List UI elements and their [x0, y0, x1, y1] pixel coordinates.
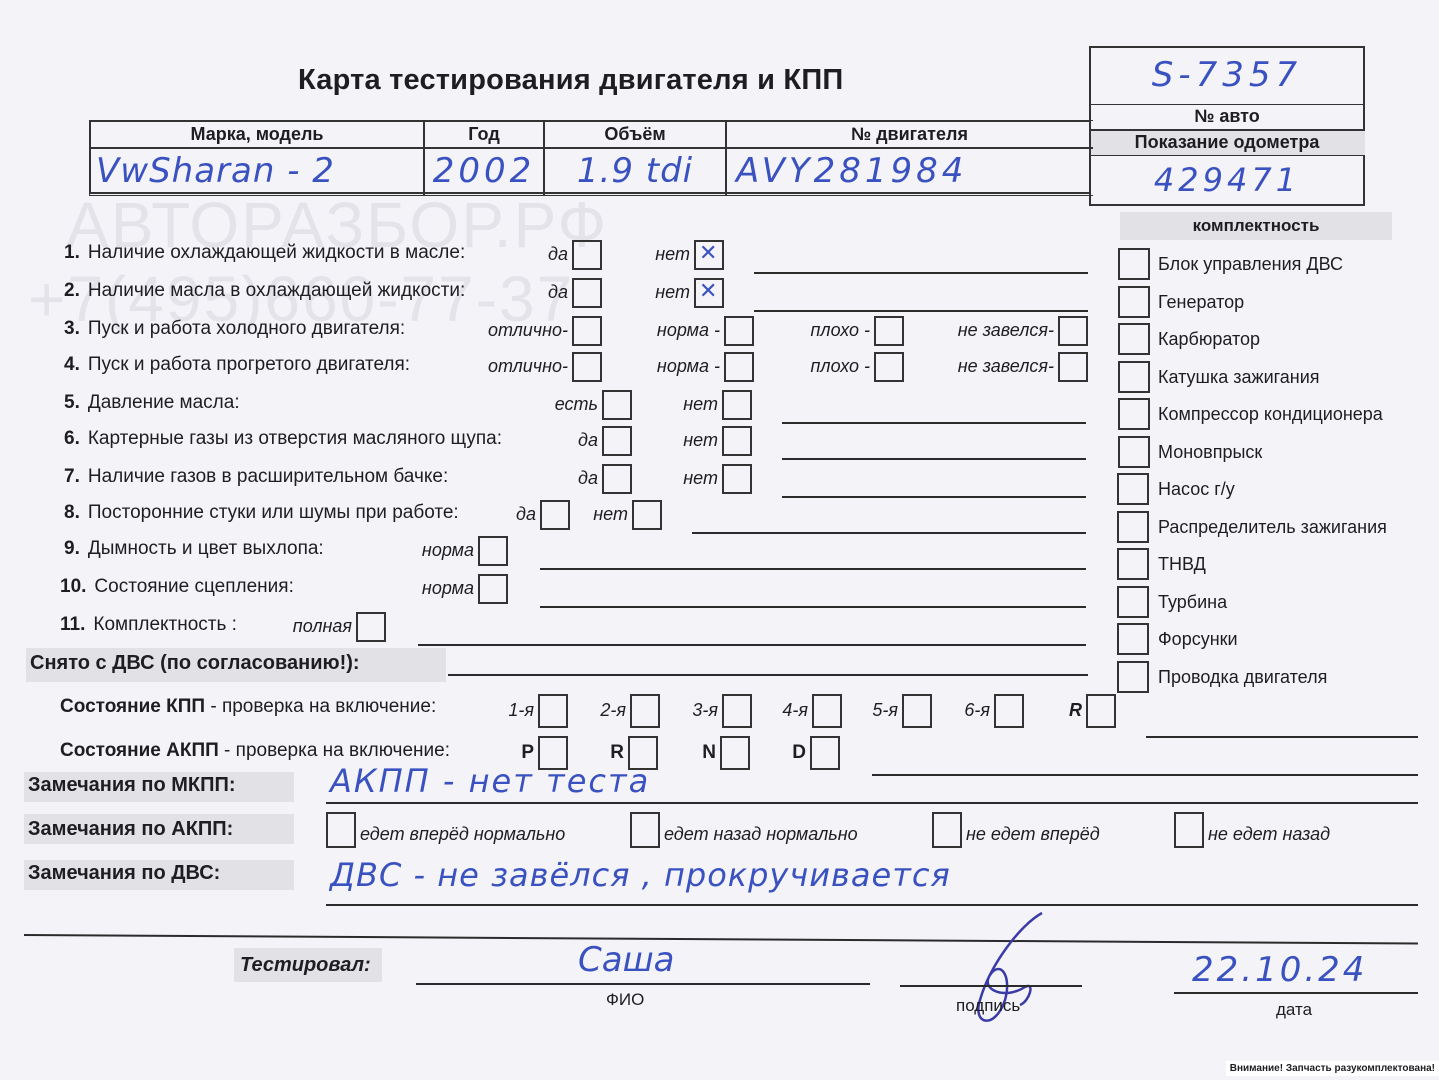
gear-checkbox[interactable] [630, 694, 660, 728]
kit-checkbox[interactable] [1117, 548, 1149, 580]
check-question: 10.Состояние сцепления: [60, 576, 294, 598]
option-label: нет [670, 430, 718, 451]
date-line [1174, 992, 1418, 994]
check-question: 9.Дымность и цвет выхлопа: [64, 538, 324, 560]
check-number: 9. [64, 538, 80, 559]
akpp-remark-checkbox[interactable] [1174, 812, 1204, 848]
option-label: нет [650, 282, 690, 303]
option-label: отлично- [470, 320, 568, 341]
tested-by-label: Тестировал: [240, 954, 371, 977]
check-question: 4.Пуск и работа прогретого двигателя: [64, 354, 410, 376]
gear-checkbox[interactable] [994, 694, 1024, 728]
check-label: Состояние сцепления: [94, 576, 293, 597]
gear-checkbox[interactable] [538, 694, 568, 728]
option-checkbox[interactable] [874, 316, 904, 346]
check-question: 7.Наличие газов в расширительном бачке: [64, 466, 448, 488]
car-number-label: № авто [1089, 104, 1365, 130]
kit-item-label: Моновпрыск [1158, 442, 1262, 463]
check-label: Посторонние стуки или шумы при работе: [88, 502, 459, 523]
check-label: Пуск и работа прогретого двигателя: [88, 354, 410, 375]
kit-item-label: Форсунки [1158, 629, 1238, 650]
akpp-position-checkbox[interactable] [720, 736, 750, 770]
akpp-remark-checkbox[interactable] [630, 812, 660, 848]
kit-item-label: Распределитель зажигания [1158, 517, 1387, 538]
option-checkbox[interactable] [722, 464, 752, 494]
check-label: Комплектность : [93, 614, 237, 635]
akpp-remark-checkbox[interactable] [932, 812, 962, 848]
option-checkbox[interactable] [572, 240, 602, 270]
kit-checkbox[interactable] [1117, 511, 1149, 543]
check-note-line[interactable] [754, 310, 1088, 312]
option-checkbox[interactable] [572, 278, 602, 308]
signature-line [900, 985, 1082, 987]
tester-name-line [416, 983, 870, 985]
akpp-line[interactable] [872, 774, 1418, 776]
option-label: да [560, 430, 598, 451]
check-number: 5. [64, 392, 80, 413]
check-number: 10. [60, 576, 86, 597]
option-checkbox[interactable] [1058, 352, 1088, 382]
col-make-model-header: Марка, модель [89, 120, 425, 148]
option-label: норма - [640, 320, 720, 341]
akpp-remark-label: едет назад нормально [664, 824, 858, 845]
option-checkbox[interactable] [602, 426, 632, 456]
check-note-line[interactable] [782, 422, 1086, 424]
kit-checkbox[interactable] [1117, 623, 1149, 655]
gear-checkbox[interactable] [722, 694, 752, 728]
check-label: Наличие охлаждающей жидкости в масле: [88, 242, 465, 263]
akpp-remark-label: не едет вперёд [966, 824, 1100, 845]
engine-number-value[interactable]: AVY281984 [736, 151, 967, 191]
check-question: 3.Пуск и работа холодного двигателя: [64, 318, 405, 340]
kit-item-label: Катушка зажигания [1158, 367, 1320, 388]
option-label: нет [650, 244, 690, 265]
option-checkbox[interactable] [602, 464, 632, 494]
check-question: 11.Комплектность : [60, 614, 237, 636]
option-checkbox[interactable] [572, 352, 602, 382]
akpp-position-label: P [508, 742, 534, 764]
engine-remarks-value[interactable]: ДВС - не завёлся , прокручивается [330, 856, 951, 894]
check-label: Пуск и работа холодного двигателя: [88, 318, 405, 339]
kit-item-label: ТНВД [1158, 554, 1206, 575]
check-note-line[interactable] [782, 496, 1086, 498]
option-label: нет [670, 394, 718, 415]
option-checkbox[interactable] [540, 500, 570, 530]
check-label: Картерные газы из отверстия масляного щу… [88, 428, 502, 449]
removed-label: Снято с ДВС (по согласованию!): [30, 652, 360, 675]
gear-label: 4-я [766, 700, 808, 721]
option-label: да [540, 282, 568, 303]
option-label: плохо - [790, 320, 870, 341]
akpp-position-label: D [780, 742, 806, 764]
gear-checkbox[interactable] [812, 694, 842, 728]
check-question: 8.Посторонние стуки или шумы при работе: [64, 502, 459, 524]
option-checkbox[interactable] [874, 352, 904, 382]
check-number: 1. [64, 242, 80, 263]
akpp-remark-label: едет вперёд нормально [360, 824, 565, 845]
option-label: плохо - [790, 356, 870, 377]
option-checkbox[interactable] [478, 536, 508, 566]
kit-checkbox[interactable] [1117, 661, 1149, 693]
option-label: да [500, 504, 536, 525]
kpp-line[interactable] [1146, 736, 1418, 738]
option-label: нет [580, 504, 628, 525]
check-note-line[interactable] [418, 644, 1086, 646]
akpp-label-rest: - проверка на включение: [219, 740, 450, 761]
date-value[interactable]: 22.10.24 [1192, 950, 1367, 990]
car-info-box: S-7357 № авто Показание одометра 429471 [1089, 46, 1365, 206]
kit-item-label: Карбюратор [1158, 329, 1260, 350]
col-year-header: Год [423, 120, 545, 148]
check-number: 8. [64, 502, 80, 523]
check-note-line[interactable] [540, 606, 1086, 608]
option-label: не завелся- [930, 356, 1054, 377]
option-label: нет [670, 468, 718, 489]
kit-title: комплектность [1120, 216, 1392, 236]
check-question: 2.Наличие масла в охлаждающей жидкости: [64, 280, 465, 302]
option-label: не завелся- [930, 320, 1054, 341]
kit-checkbox[interactable] [1118, 248, 1150, 280]
option-checkbox[interactable] [602, 390, 632, 420]
tester-name-value[interactable]: Саша [578, 940, 675, 980]
option-checkbox[interactable] [478, 574, 508, 604]
akpp-position-checkbox[interactable] [810, 736, 840, 770]
kit-checkbox[interactable] [1118, 436, 1150, 468]
check-number: 6. [64, 428, 80, 449]
engine-remarks-line [326, 904, 1418, 906]
option-label: норма [404, 578, 474, 599]
check-note-line[interactable] [540, 568, 1086, 570]
odometer-label: Показание одометра [1089, 130, 1365, 156]
check-label: Наличие масла в охлаждающей жидкости: [88, 280, 465, 301]
option-checkbox[interactable] [356, 612, 386, 642]
mkpp-remarks-label: Замечания по МКПП: [28, 774, 236, 797]
kpp-label-bold: Состояние КПП [60, 696, 205, 717]
kit-item-label: Блок управления ДВС [1158, 254, 1343, 275]
check-label: Дымность и цвет выхлопа: [88, 538, 324, 559]
gear-label: 3-я [676, 700, 718, 721]
gear-checkbox[interactable] [1086, 694, 1116, 728]
kpp-label: Состояние КПП - проверка на включение: [60, 696, 436, 718]
option-checkbox[interactable] [724, 352, 754, 382]
kit-checkbox[interactable] [1118, 323, 1150, 355]
check-note-line[interactable] [754, 272, 1088, 274]
akpp-remark-label: не едет назад [1208, 824, 1330, 845]
name-caption: ФИО [606, 990, 644, 1010]
mkpp-remarks-value[interactable]: АКПП - нет теста [330, 762, 650, 800]
vehicle-table: Марка, модель Год Объём № двигателя VwSh… [89, 120, 1091, 194]
gear-label: R [1040, 700, 1082, 721]
option-checkbox[interactable] [724, 316, 754, 346]
col-volume-header: Объём [543, 120, 727, 148]
gear-label: 1-я [492, 700, 534, 721]
option-label: полная [276, 616, 352, 637]
option-label: норма [404, 540, 474, 561]
akpp-remark-checkbox[interactable] [326, 812, 356, 848]
check-number: 2. [64, 280, 80, 301]
check-number: 3. [64, 318, 80, 339]
kit-checkbox[interactable] [1118, 398, 1150, 430]
check-label: Наличие газов в расширительном бачке: [88, 466, 448, 487]
signature-caption: подпись [956, 996, 1020, 1016]
car-number-value[interactable]: S-7357 [1152, 55, 1302, 95]
option-checkbox[interactable] [694, 278, 724, 308]
kit-item-label: Турбина [1158, 592, 1227, 613]
date-caption: дата [1276, 1000, 1312, 1020]
check-note-line[interactable] [782, 458, 1086, 460]
check-note-line[interactable] [692, 532, 1086, 534]
kit-checkbox[interactable] [1118, 361, 1150, 393]
check-number: 7. [64, 466, 80, 487]
warning-banner: Внимание! Запчасть разукомплектована! [1226, 1061, 1439, 1076]
option-checkbox[interactable] [632, 500, 662, 530]
col-engine-no-header: № двигателя [725, 120, 1093, 148]
akpp-remarks-label: Замечания по АКПП: [28, 818, 233, 841]
kit-item-label: Компрессор кондиционера [1158, 404, 1383, 425]
option-label: да [540, 244, 568, 265]
kit-checkbox[interactable] [1118, 286, 1150, 318]
option-checkbox[interactable] [572, 316, 602, 346]
kit-item-label: Проводка двигателя [1158, 667, 1327, 688]
option-label: отлично- [470, 356, 568, 377]
check-number: 4. [64, 354, 80, 375]
option-checkbox[interactable] [1058, 316, 1088, 346]
removed-line[interactable] [448, 674, 1088, 676]
option-label: да [560, 468, 598, 489]
gear-label: 6-я [948, 700, 990, 721]
gear-label: 5-я [856, 700, 898, 721]
kit-item-label: Генератор [1158, 292, 1244, 313]
check-number: 11. [60, 614, 85, 635]
akpp-position-label: R [598, 742, 624, 764]
remarks-extra-line [24, 934, 1418, 945]
akpp-label: Состояние АКПП - проверка на включение: [60, 740, 450, 762]
akpp-position-label: N [690, 742, 716, 764]
make-model-value[interactable]: VwSharan - 2 [96, 151, 335, 191]
check-question: 5.Давление масла: [64, 392, 240, 414]
check-label: Давление масла: [88, 392, 240, 413]
option-checkbox[interactable] [694, 240, 724, 270]
odometer-value[interactable]: 429471 [1154, 161, 1300, 199]
page-title: Карта тестирования двигателя и КПП [298, 64, 843, 97]
gear-label: 2-я [584, 700, 626, 721]
option-label: норма - [640, 356, 720, 377]
option-label: есть [530, 394, 598, 415]
kit-checkbox[interactable] [1117, 586, 1149, 618]
kit-checkbox[interactable] [1117, 473, 1149, 505]
akpp-label-bold: Состояние АКПП [60, 740, 219, 761]
year-value[interactable]: 2002 [433, 151, 536, 191]
check-question: 6.Картерные газы из отверстия масляного … [64, 428, 502, 450]
kit-item-label: Насос г/у [1158, 479, 1235, 500]
gear-checkbox[interactable] [902, 694, 932, 728]
engine-remarks-label: Замечания по ДВС: [28, 862, 220, 885]
option-checkbox[interactable] [722, 426, 752, 456]
option-checkbox[interactable] [722, 390, 752, 420]
check-question: 1.Наличие охлаждающей жидкости в масле: [64, 242, 465, 264]
volume-value[interactable]: 1.9 tdi [577, 151, 693, 191]
kpp-label-rest: - проверка на включение: [205, 696, 436, 717]
mkpp-remarks-line [326, 802, 1418, 804]
